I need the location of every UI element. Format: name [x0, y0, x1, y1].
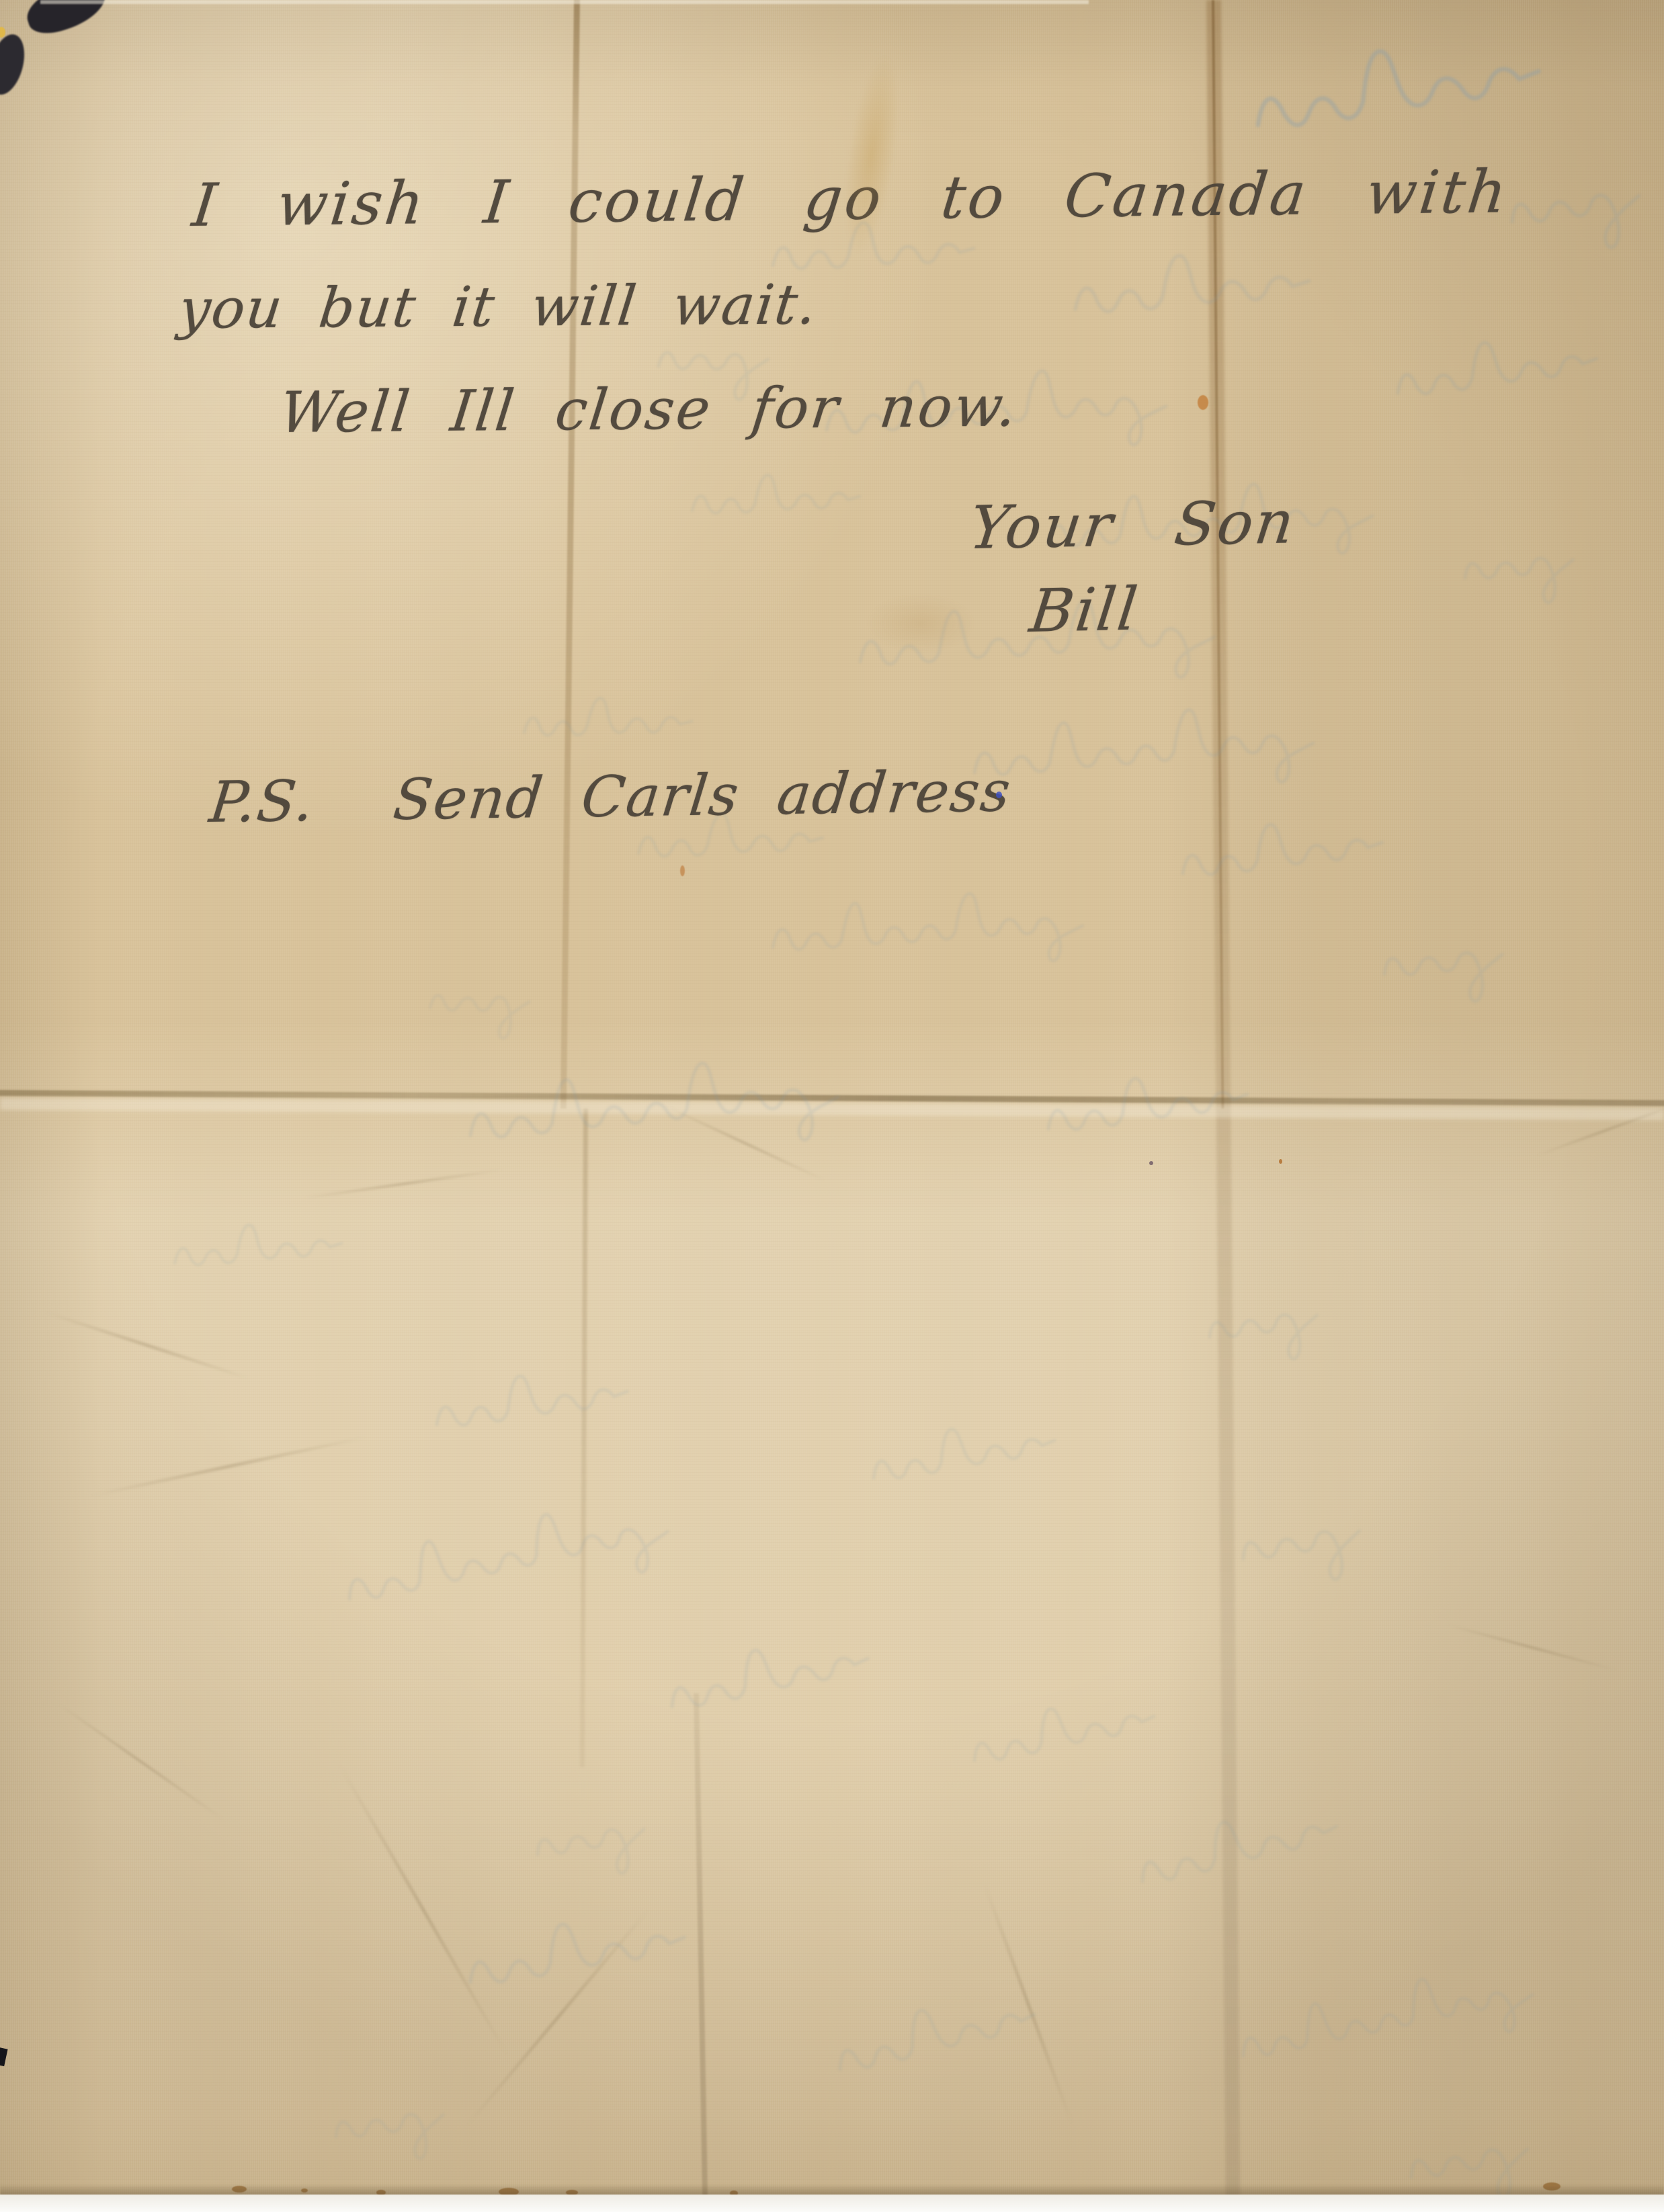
- bottom-edge-stain: [1543, 2182, 1561, 2190]
- wrinkle-crease: [983, 1883, 1074, 2125]
- wrinkle-crease: [45, 1311, 251, 1381]
- handwriting-line-1: I wish I could go to Canada with: [190, 162, 1512, 235]
- bottom-edge-stain: [566, 2190, 578, 2195]
- wrinkle-crease: [303, 1168, 503, 1199]
- wrinkle-crease: [466, 1908, 650, 2127]
- postscript-line: P.S.Send Carls address: [207, 763, 1014, 831]
- wrinkle-crease: [1536, 1103, 1664, 1156]
- wrinkle-crease: [90, 1435, 367, 1497]
- bottom-edge-stain: [499, 2188, 519, 2196]
- top-edge-highlight: [40, 0, 1089, 4]
- rust-dot-right-fold: [1198, 395, 1208, 410]
- left-edge-notch: [0, 2047, 8, 2066]
- bottom-edge-stain: [376, 2190, 386, 2195]
- handwriting-line-3: Well Ill close for now.: [277, 378, 1022, 441]
- wrinkle-crease: [58, 1703, 224, 1820]
- bottom-edge-stain: [232, 2186, 247, 2193]
- wrinkle-crease: [666, 1105, 825, 1182]
- ink-blot-top-left: [21, 0, 112, 40]
- postscript-gap: [313, 819, 392, 820]
- speck: [1279, 1159, 1282, 1164]
- horizontal-fold-highlight: [0, 1098, 1664, 1120]
- horizontal-fold: [0, 1090, 1664, 1106]
- bottom-edge-stain: [730, 2190, 738, 2196]
- signature-line-bill: Bill: [1027, 579, 1142, 641]
- ink-blot-left-edge: [0, 30, 30, 98]
- postscript-text: Send Carls address: [390, 758, 1015, 833]
- postscript-label: P.S.: [206, 768, 318, 835]
- wrinkle-crease: [1448, 1623, 1617, 1671]
- handwriting-line-2: you but it will wait.: [176, 278, 821, 337]
- vertical-crease-bottom-left: [694, 1693, 708, 2197]
- vertical-fold-right: [1206, 0, 1241, 2197]
- yellow-speck-left-edge: [0, 27, 5, 38]
- vertical-fold-left-lower: [580, 1109, 588, 1767]
- letter-scan-page: I wish I could go to Canada with you but…: [0, 0, 1664, 2212]
- wrinkle-crease: [338, 1764, 509, 2057]
- speck: [680, 865, 685, 876]
- bottom-paper-edge-shadow: [0, 2184, 1664, 2196]
- bottom-edge-stain: [301, 2188, 308, 2193]
- signature-line-your-son: Your Son: [966, 493, 1299, 558]
- speck: [1149, 1161, 1153, 1165]
- stain-middle: [867, 595, 974, 652]
- scanner-background-strip: [0, 2195, 1664, 2212]
